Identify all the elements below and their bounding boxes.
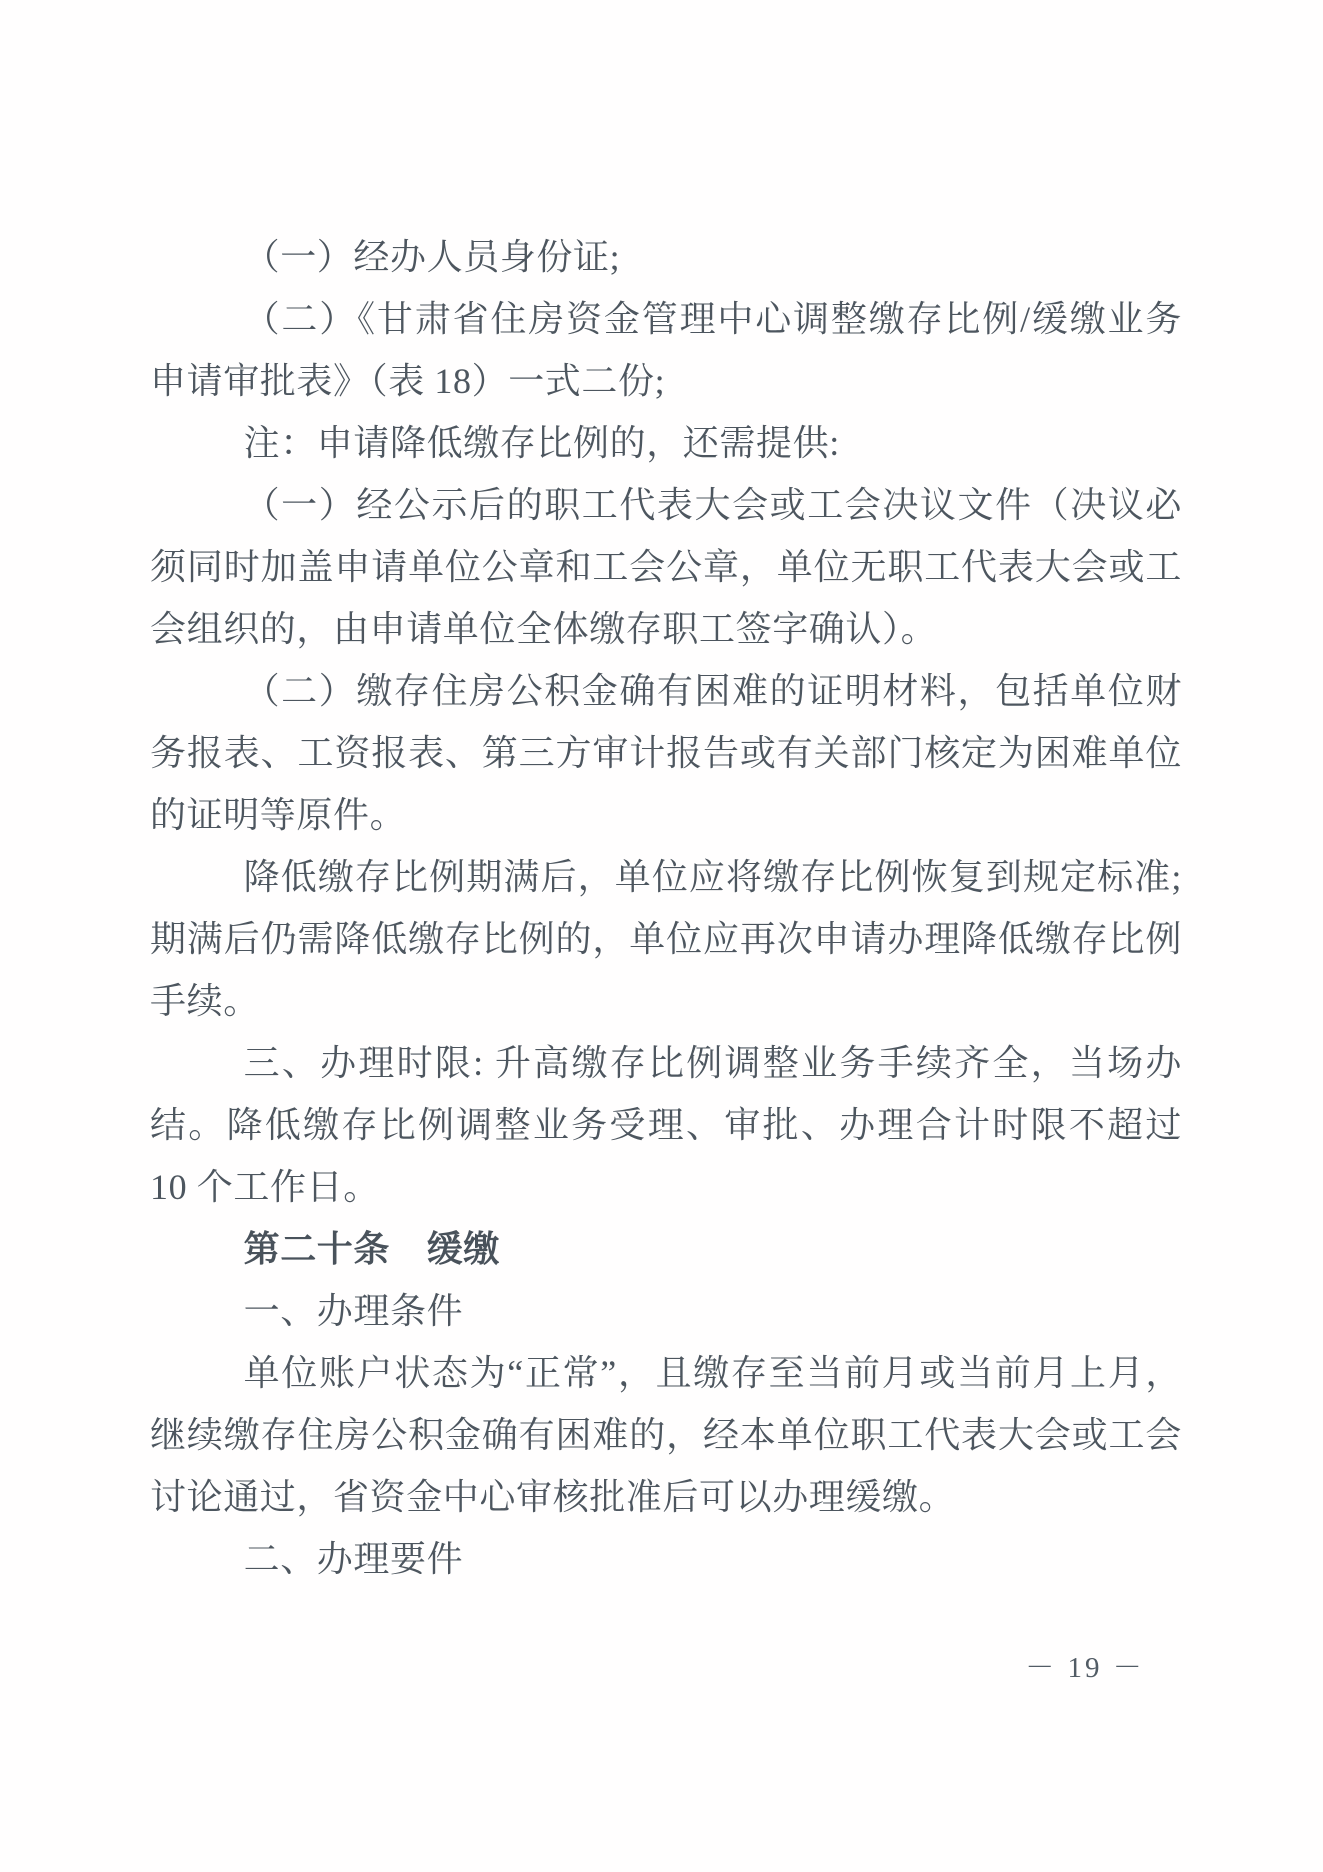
document-page: （一）经办人员身份证; （二）《甘肃省住房资金管理中心调整缴存比例/缓缴业务申请… bbox=[0, 0, 1323, 1872]
page-number: － 19 － bbox=[1000, 1645, 1170, 1686]
paragraph-restore-ratio: 降低缴存比例期满后，单位应将缴存比例恢复到规定标准;期满后仍需降低缴存比例的，单… bbox=[150, 846, 1182, 1032]
paragraph-note-item-1: （一）经公示后的职工代表大会或工会决议文件（决议必须同时加盖申请单位公章和工会公… bbox=[150, 474, 1182, 660]
paragraph-condition-body: 单位账户状态为“正常”，且缴存至当前月或当前月上月，继续缴存住房公积金确有困难的… bbox=[150, 1342, 1182, 1528]
paragraph-item-2: （二）《甘肃省住房资金管理中心调整缴存比例/缓缴业务申请审批表》（表 18）一式… bbox=[150, 288, 1182, 412]
paragraph-condition-heading: 一、办理条件 bbox=[150, 1280, 1182, 1342]
article-heading-20: 第二十条 缓缴 bbox=[150, 1218, 1182, 1280]
paragraph-note: 注：申请降低缴存比例的，还需提供: bbox=[150, 412, 1182, 474]
paragraph-item-1: （一）经办人员身份证; bbox=[150, 226, 1182, 288]
paragraph-requirements-heading: 二、办理要件 bbox=[150, 1528, 1182, 1590]
paragraph-time-limit: 三、办理时限: 升高缴存比例调整业务手续齐全，当场办结。降低缴存比例调整业务受理… bbox=[150, 1032, 1182, 1218]
paragraph-note-item-2: （二）缴存住房公积金确有困难的证明材料，包括单位财务报表、工资报表、第三方审计报… bbox=[150, 660, 1182, 846]
document-body: （一）经办人员身份证; （二）《甘肃省住房资金管理中心调整缴存比例/缓缴业务申请… bbox=[150, 226, 1182, 1590]
